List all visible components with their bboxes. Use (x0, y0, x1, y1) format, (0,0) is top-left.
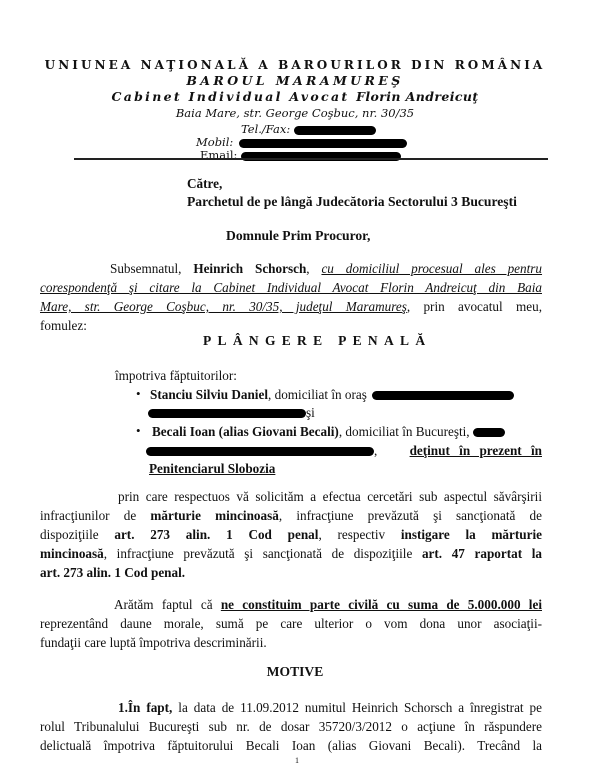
redaction-bar (239, 139, 407, 148)
email-label: Email: (200, 148, 237, 162)
letterhead-mobile: Mobil: (196, 135, 407, 149)
motive-line-1: 1.În fapt, la data de 11.09.2012 numitul… (118, 700, 542, 716)
detention-line-2: Penitenciarul Slobozia (149, 461, 275, 477)
accused-1-name: Stanciu Silviu Daniel (150, 387, 268, 402)
request-line-2: infracţiunilor de mărturie mincinoasă, i… (40, 508, 542, 524)
bullet-icon: • (136, 386, 141, 402)
intro-line-1: Subsemnatul, Heinrich Schorsch, cu domic… (110, 261, 542, 277)
tel-label: Tel./Fax: (241, 122, 290, 136)
redaction-bar (148, 409, 306, 418)
civil-line-2: reprezentând daune morale, sumă pe care … (40, 616, 542, 632)
document-page: UNIUNEA NAŢIONALĂ A BAROURILOR DIN ROMÂN… (0, 0, 590, 764)
motive-line-3: delictuală împotriva făptuitorului Becal… (40, 738, 542, 754)
addressee-institution: Parchetul de pe lângă Judecătoria Sector… (187, 194, 517, 210)
letterhead-tel: Tel./Fax: (241, 122, 376, 136)
mobile-label: Mobil: (196, 135, 233, 149)
accused-2-name: Becali Ioan (alias Giovani Becali) (152, 424, 339, 439)
detention-line-1: deţinut în prezent în (410, 443, 542, 459)
request-line-3: dispoziţiile art. 273 alin. 1 Cod penal,… (40, 527, 542, 543)
redaction-bar (146, 447, 374, 456)
motive-line-2: rolul Tribunalului Bucureşti sub nr. de … (40, 719, 542, 735)
redaction-bar (372, 391, 514, 400)
addressee-to: Către, (187, 176, 222, 192)
redaction-bar (294, 126, 376, 135)
intro-line-3: Mare, str. George Coşbuc, nr. 30/35, jud… (40, 299, 542, 315)
intro-line-2: corespondenţă şi citare la Cabinet Indiv… (40, 280, 542, 296)
civil-claim-amount: ne constituim parte civilă cu suma de 5.… (221, 597, 542, 612)
letterhead-union: UNIUNEA NAŢIONALĂ A BAROURILOR DIN ROMÂN… (0, 58, 590, 72)
request-line-1: prin care respectuos vă solicităm a efec… (118, 489, 542, 505)
request-line-5: art. 273 alin. 1 Cod penal. (40, 565, 185, 581)
letterhead-bar: BAROUL MARAMUREŞ (0, 73, 590, 88)
accused-2-line-2: , deţinut în prezent în (146, 443, 542, 459)
redaction-bar (473, 428, 505, 437)
letterhead-address: Baia Mare, str. George Coşbuc, nr. 30/35 (0, 106, 590, 120)
document-title: PLÂNGERE PENALĂ (203, 333, 431, 349)
letterhead-email: Email: (200, 148, 401, 162)
page-number: 1 (295, 756, 299, 764)
civil-line-3: fundaţii care luptă împotriva descrimină… (40, 635, 267, 651)
salutation: Domnule Prim Procuror, (226, 228, 370, 244)
civil-line-1: Arătăm faptul că ne constituim parte civ… (114, 597, 542, 613)
section-heading-motive: MOTIVE (0, 664, 590, 680)
complainant-name: Heinrich Schorsch (193, 261, 306, 276)
accused-1-line-1: Stanciu Silviu Daniel, domiciliat în ora… (150, 387, 514, 403)
accused-1-line-2: şi (148, 405, 315, 421)
cabinet-prefix: Cabinet Individual Avocat (111, 89, 349, 104)
against-label: împotriva făptuitorilor: (115, 368, 237, 384)
request-line-4: mincinoasă, infracţiune prevăzută şi san… (40, 546, 542, 562)
letterhead-cabinet: Cabinet Individual Avocat Florin Andreic… (0, 89, 590, 104)
cabinet-name: Florin Andreicuţ (356, 89, 478, 104)
accused-2-line-1: Becali Ioan (alias Giovani Becali), domi… (152, 424, 505, 440)
intro-line-4: fomulez: (40, 318, 87, 334)
bullet-icon: • (136, 423, 141, 439)
letterhead-divider (74, 158, 548, 160)
